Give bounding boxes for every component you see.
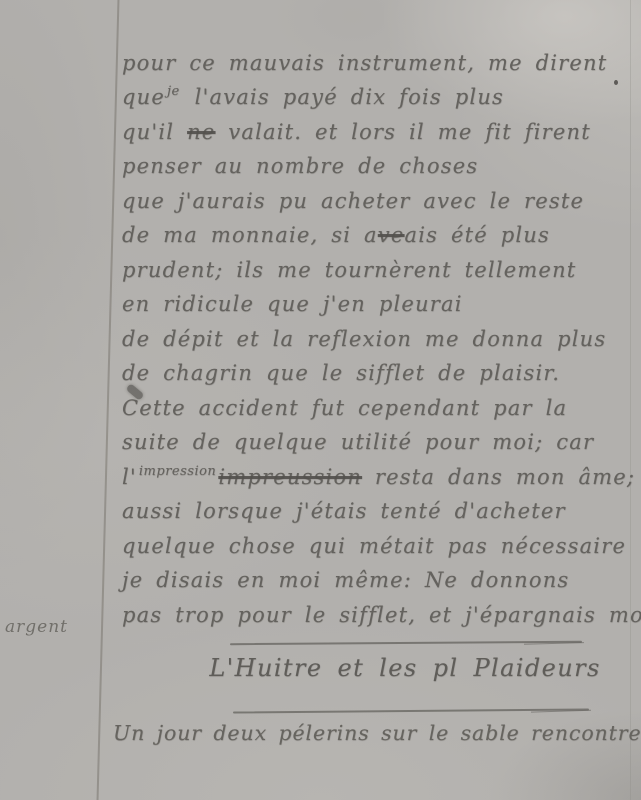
line-text: l'avais payé dix fois plus (182, 85, 504, 109)
line-text: de dépit et la reflexion me donna plus (122, 327, 606, 351)
line-text: pas trop pour le sifflet, et j'épargnais… (122, 603, 641, 627)
line-text: Cette accident fut cependant par la (122, 396, 567, 420)
line-text: en ridicule que j'en pleurai (122, 292, 463, 316)
manuscript-line: penser au nombre de choses (122, 153, 478, 179)
manuscript-line: en ridicule que j'en pleurai (122, 291, 463, 317)
margin-note: argent (5, 617, 68, 637)
separator-rule-top (230, 641, 582, 645)
manuscript-line: Cette accident fut cependant par la (122, 395, 567, 421)
line-text: valait. et lors il me fit firent (215, 120, 590, 144)
line-text: je disais en moi même: Ne donnons (122, 568, 569, 592)
manuscript-line: queje l'avais payé dix fois plus (122, 84, 504, 114)
manuscript-line: de dépit et la reflexion me donna plus (122, 326, 606, 352)
line-text: ais été plus (404, 223, 550, 247)
line-text: qu'il (122, 120, 187, 144)
line-text: de chagrin que le sifflet de plaisir. (122, 361, 560, 385)
line-text: aussi lorsque j'étais tenté d'acheter (122, 499, 566, 523)
line-text: quelque chose qui métait pas nécessaire (122, 534, 626, 558)
inserted-word: je (167, 84, 180, 99)
manuscript-line: quelque chose qui métait pas nécessaire (122, 533, 626, 559)
line-text: pour ce mauvais instrument, me dirent (122, 51, 607, 75)
line-text: de ma monnaie, si a (122, 223, 378, 247)
margin-rule-line (96, 0, 119, 800)
manuscript-line: pour ce mauvais instrument, me dirent (122, 50, 607, 76)
separator-rule-bottom (233, 708, 589, 713)
manuscript-line: pas trop pour le sifflet, et j'épargnais… (122, 602, 641, 628)
manuscript-page: pour ce mauvais instrument, me dirent qu… (0, 0, 641, 800)
manuscript-line: aussi lorsque j'étais tenté d'acheter (122, 498, 566, 524)
manuscript-line: que j'aurais pu acheter avec le reste (122, 188, 584, 214)
line-text: suite de quelque utilité pour moi; car (122, 430, 594, 454)
manuscript-line: qu'il ne valait. et lors il me fit firen… (122, 119, 591, 145)
manuscript-line: de ma monnaie, si aveais été plus (122, 222, 550, 248)
manuscript-line: suite de quelque utilité pour moi; car (122, 429, 594, 455)
line-text: que j'aurais pu acheter avec le reste (122, 189, 584, 213)
manuscript-line: je disais en moi même: Ne donnons (122, 567, 569, 593)
manuscript-line: de chagrin que le sifflet de plaisir. (122, 360, 560, 386)
first-verse-line: Un jour deux pélerins sur le sable renco… (113, 721, 641, 745)
manuscript-line: l'impressionimpreussion resta dans mon â… (122, 464, 635, 494)
line-text: resta dans mon âme; (362, 465, 635, 489)
line-text: l' (122, 465, 137, 489)
struck-word: ne (187, 120, 215, 144)
pencil-dot (614, 80, 618, 85)
struck-word: impreussion (218, 465, 362, 489)
struck-word: ve (378, 223, 405, 247)
inserted-word: impression (139, 464, 216, 479)
line-text: prudent; ils me tournèrent tellement (122, 258, 576, 282)
line-text: que (122, 85, 165, 109)
line-text: penser au nombre de choses (122, 154, 478, 178)
section-title: L'Huitre et les pl Plaideurs (170, 654, 640, 682)
manuscript-line: prudent; ils me tournèrent tellement (122, 257, 576, 283)
